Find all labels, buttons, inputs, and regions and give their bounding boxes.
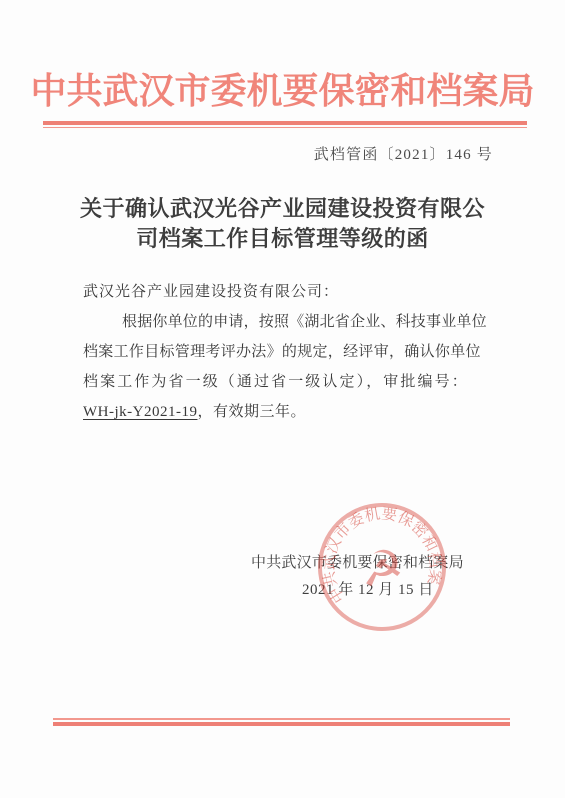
body-text-line: WH-jk-Y2021-19，有效期三年。 [83, 403, 306, 421]
signature-date: 2021 年 12 月 15 日 [302, 578, 434, 599]
body-line-tail: ，有效期三年。 [197, 404, 306, 420]
scanned-official-letter: 中共武汉市委机要保密和档案局 武档管函〔2021〕146 号 关于确认武汉光谷产… [0, 0, 565, 798]
letterhead-double-rule [43, 121, 527, 128]
body-text-line: 根据你单位的申请，按照《湖北省企业、科技事业单位 [122, 313, 487, 331]
signature-agency-name: 中共武汉市委机要保密和档案局 [251, 551, 464, 572]
rule-thick-line [53, 722, 510, 726]
agency-letterhead-title: 中共武汉市委机要保密和档案局 [0, 67, 565, 115]
document-reference-number: 武档管函〔2021〕146 号 [0, 143, 493, 164]
document-title-line1: 关于确认武汉光谷产业园建设投资有限公 [0, 194, 565, 224]
body-text-line: 档案工作为省一级（通过省一级认定），审批编号： [83, 373, 469, 391]
document-title: 关于确认武汉光谷产业园建设投资有限公 司档案工作目标管理等级的函 [0, 194, 565, 254]
rule-thin-line [43, 127, 527, 129]
approval-number: WH-jk-Y2021-19 [83, 404, 197, 420]
document-title-line2: 司档案工作目标管理等级的函 [0, 224, 565, 254]
footer-double-rule [53, 718, 510, 726]
body-text-line: 档案工作目标管理考评办法》的规定，经评审，确认你单位 [83, 343, 481, 361]
recipient-salutation: 武汉光谷产业园建设投资有限公司： [83, 283, 339, 301]
